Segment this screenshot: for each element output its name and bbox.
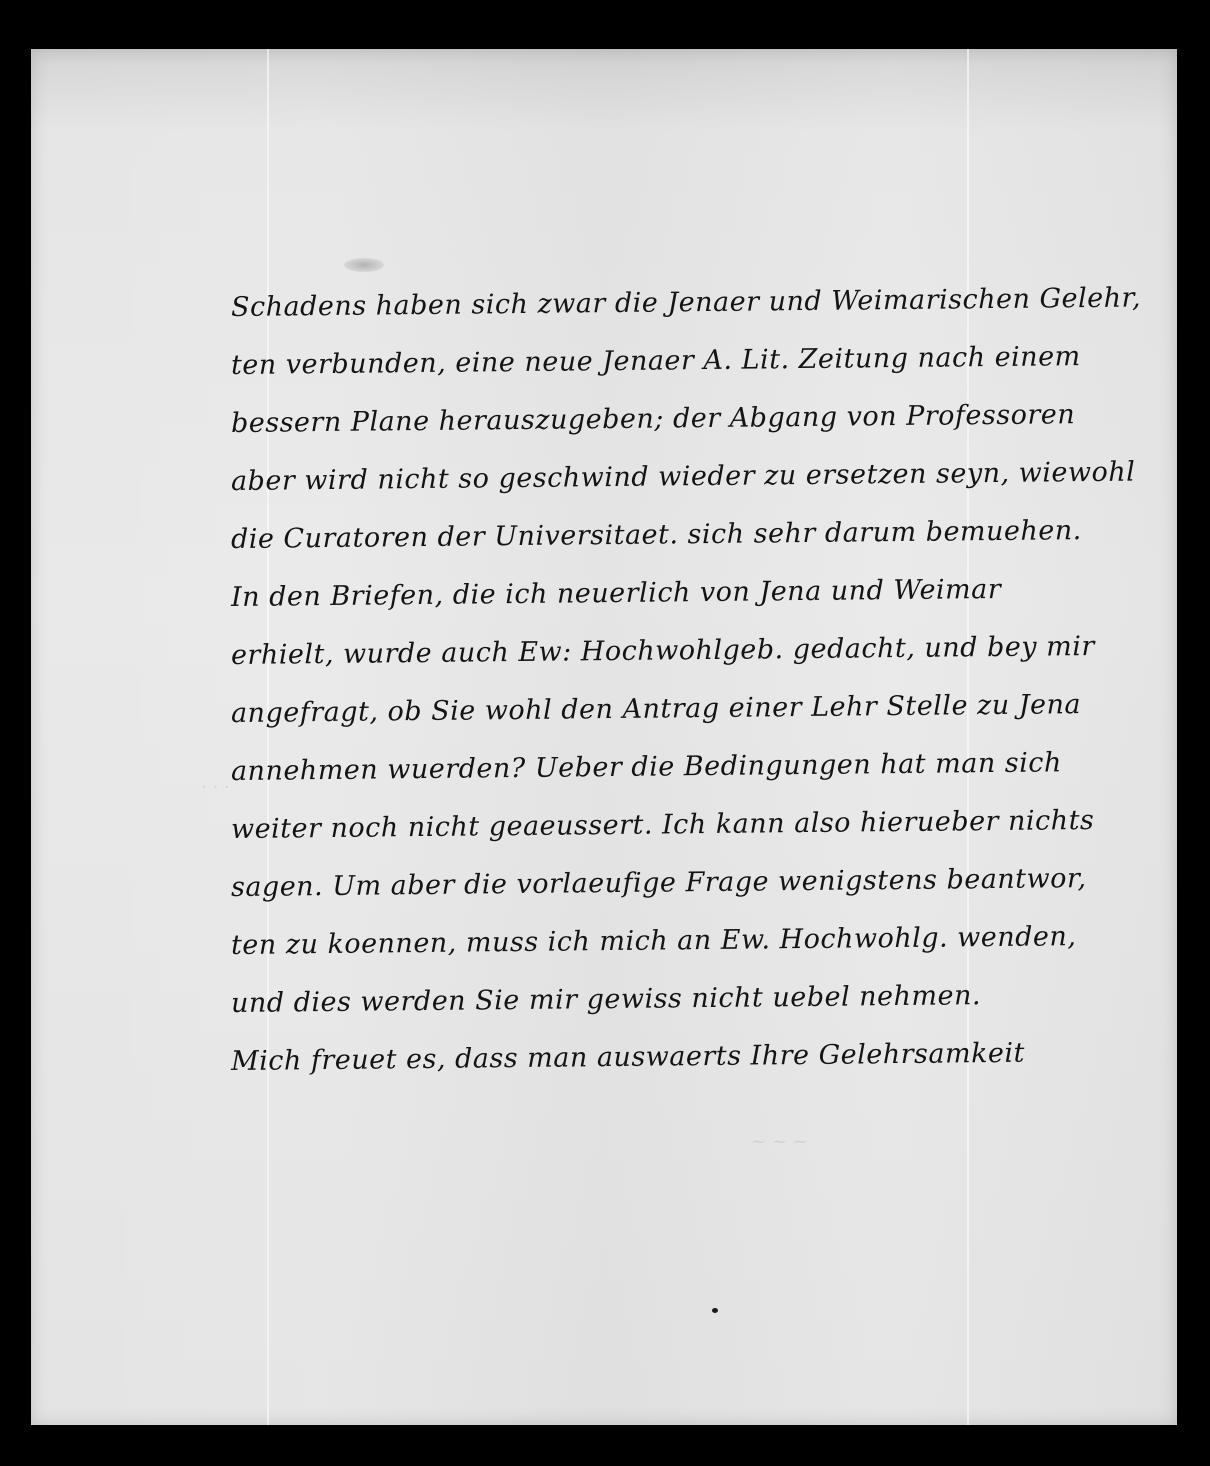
- letter-body: Schadens haben sich zwar die Jenaer und …: [231, 279, 1151, 1091]
- letter-line-3: bessern Plane herauszugeben; der Abgang …: [231, 385, 1152, 453]
- letter-line-12: ten zu koennen, muss ich mich an Ew. Hoc…: [231, 907, 1152, 975]
- letter-line-4: aber wird nicht so geschwind wieder zu e…: [231, 443, 1152, 511]
- ink-smudge: [344, 258, 384, 272]
- letter-line-2: ten verbunden, eine neue Jenaer A. Lit. …: [231, 327, 1152, 395]
- bleed-through-ink: ~ ~ ~: [751, 1131, 808, 1152]
- letter-line-7: erhielt, wurde auch Ew: Hochwohlgeb. ged…: [231, 617, 1152, 685]
- letter-line-5: die Curatoren der Universitaet. sich seh…: [231, 501, 1152, 569]
- letter-line-10: weiter noch nicht geaeussert. Ich kann a…: [231, 791, 1152, 859]
- letter-page: Schadens haben sich zwar die Jenaer und …: [31, 49, 1177, 1425]
- letter-line-6: In den Briefen, die ich neuerlich von Je…: [231, 559, 1152, 627]
- ink-dot: [712, 1308, 718, 1313]
- bleed-through-ink: · · ·: [201, 777, 230, 798]
- letter-line-13: und dies werden Sie mir gewiss nicht ueb…: [231, 965, 1152, 1033]
- letter-line-1: Schadens haben sich zwar die Jenaer und …: [231, 269, 1152, 337]
- letter-line-8: angefragt, ob Sie wohl den Antrag einer …: [231, 675, 1152, 743]
- letter-line-11: sagen. Um aber die vorlaeufige Frage wen…: [231, 849, 1152, 917]
- letter-line-9: annehmen wuerden? Ueber die Bedingungen …: [231, 733, 1152, 801]
- letter-line-14: Mich freuet es, dass man auswaerts Ihre …: [231, 1023, 1152, 1091]
